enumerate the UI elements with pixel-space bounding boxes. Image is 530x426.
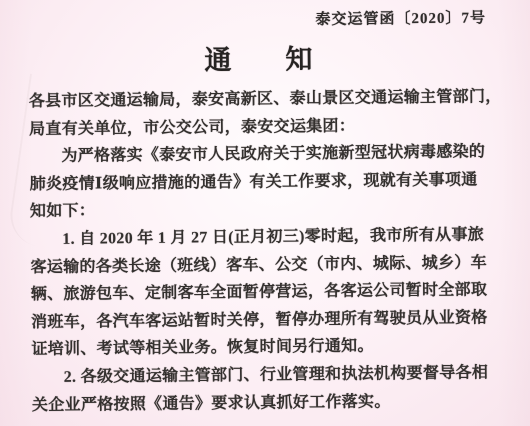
document-title: 通 知 — [0, 35, 519, 79]
scanned-notice-page: 泰交运管函〔2020〕7号 通 知 各县市区交通运输局，泰安高新区、泰山景区交通… — [0, 0, 530, 426]
document-line: 2. 各级交通运输主管部门、行业管理和执法机构要督导各相 — [32, 359, 506, 392]
document-line: 各县市区交通运输局，泰安高新区、泰山景区交通运输主管部门， — [29, 83, 503, 116]
document-number: 泰交运管函〔2020〕7号 — [315, 6, 486, 29]
document-body: 各县市区交通运输局，泰安高新区、泰山景区交通运输主管部门，局直有关单位，市公交公… — [29, 83, 506, 419]
document-line: 肺炎疫情Ⅰ级响应措施的通告》有关工作要求，现就有关事项通 — [30, 166, 504, 199]
document-line: 消班车，各汽车客运站暂时关停，暂停办理所有驾驶员从业资格 — [31, 304, 505, 337]
document-line: 关企业严格按照《通告》要求认真抓好工作落实。 — [32, 387, 506, 420]
document-line: 1. 自 2020 年 1 月 27 日(正月初三)零时起，我市所有从事旅 — [30, 221, 504, 254]
document-content: 泰交运管函〔2020〕7号 通 知 各县市区交通运输局，泰安高新区、泰山景区交通… — [0, 0, 530, 426]
